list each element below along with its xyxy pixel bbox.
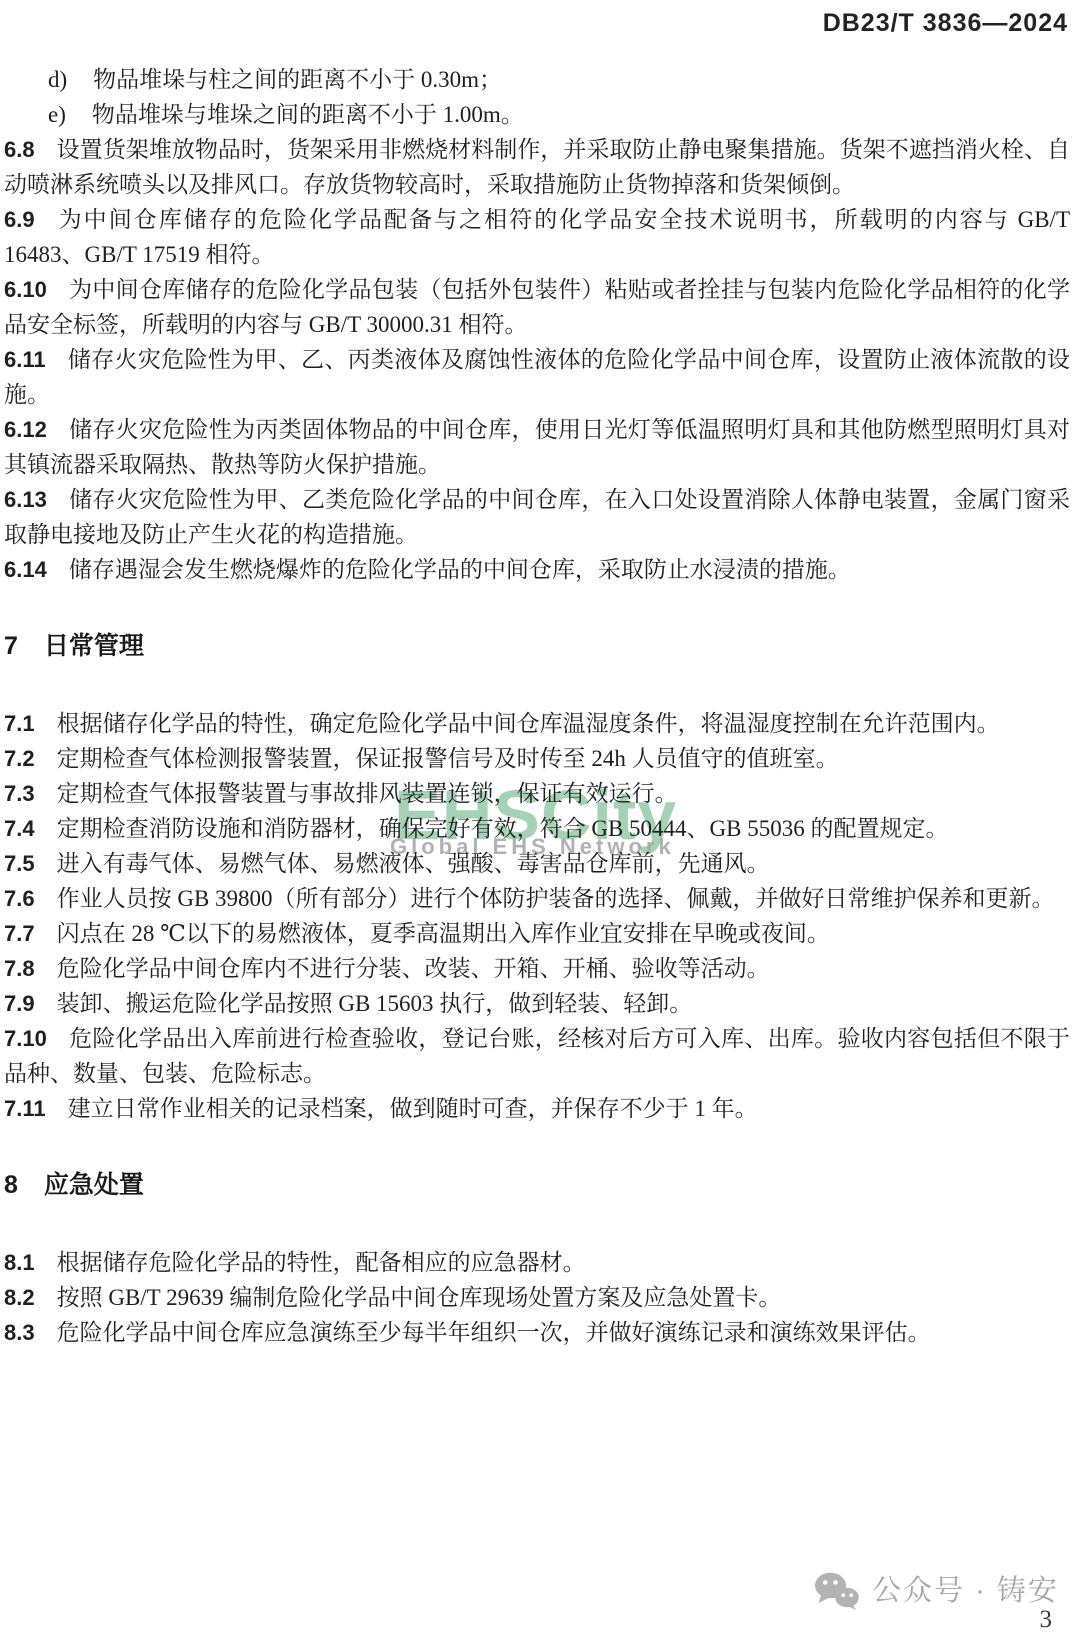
clause-8-3: 8.3危险化学品中间仓库应急演练至少每半年组织一次，并做好演练记录和演练效果评估…	[4, 1315, 1070, 1350]
clause-text: 储存火灾危险性为甲、乙类危险化学品的中间仓库，在入口处设置消除人体静电装置，金属…	[4, 487, 1070, 547]
wechat-icon	[814, 1572, 860, 1610]
clause-number: 7.6	[4, 886, 35, 911]
clause-number: 6.10	[4, 277, 47, 302]
clause-number: 8.2	[4, 1285, 35, 1310]
clause-8-1: 8.1根据储存危险化学品的特性，配备相应的应急器材。	[4, 1245, 1070, 1280]
clause-text: 按照 GB/T 29639 编制危险化学品中间仓库现场处置方案及应急处置卡。	[57, 1285, 782, 1310]
list-item-e: e)物品堆垛与堆垛之间的距离不小于 1.00m。	[4, 97, 1070, 132]
clause-text: 储存遇湿会发生燃烧爆炸的危险化学品的中间仓库，采取防止水浸渍的措施。	[69, 557, 851, 582]
section-heading-7: 7日常管理	[4, 629, 1070, 664]
section-number: 7	[4, 632, 18, 660]
clause-7-4: 7.4定期检查消防设施和消防器材，确保完好有效，符合 GB 50444、GB 5…	[4, 811, 1070, 846]
clause-7-8: 7.8危险化学品中间仓库内不进行分装、改装、开箱、开桶、验收等活动。	[4, 951, 1070, 986]
section-number: 8	[4, 1171, 18, 1199]
clause-text: 闪点在 28 ℃以下的易燃液体，夏季高温期出入库作业宜安排在早晚或夜间。	[57, 921, 830, 946]
clause-6-10: 6.10为中间仓库储存的危险化学品包装（包括外包装件）粘贴或者拴挂与包装内危险化…	[4, 272, 1070, 342]
clause-7-10: 7.10危险化学品出入库前进行检查验收，登记台账，经核对后方可入库、出库。验收内…	[4, 1021, 1070, 1091]
clause-text: 储存火灾危险性为丙类固体物品的中间仓库，使用日光灯等低温照明灯具和其他防燃型照明…	[4, 417, 1070, 477]
clause-number: 7.8	[4, 956, 35, 981]
clause-number: 7.4	[4, 816, 35, 841]
clause-text: 定期检查气体报警装置与事故排风装置连锁，保证有效运行。	[57, 781, 678, 806]
clause-number: 7.7	[4, 921, 35, 946]
clause-number: 7.2	[4, 746, 35, 771]
clause-7-5: 7.5进入有毒气体、易燃气体、易燃液体、强酸、毒害品仓库前，先通风。	[4, 846, 1070, 881]
clause-text: 定期检查气体检测报警装置，保证报警信号及时传至 24h 人员值守的值班室。	[57, 746, 839, 771]
clause-text: 危险化学品中间仓库内不进行分装、改装、开箱、开桶、验收等活动。	[57, 956, 770, 981]
clause-6-14: 6.14储存遇湿会发生燃烧爆炸的危险化学品的中间仓库，采取防止水浸渍的措施。	[4, 552, 1070, 587]
list-item-text: 物品堆垛与堆垛之间的距离不小于 1.00m。	[92, 102, 524, 127]
clause-text: 储存火灾危险性为甲、乙、丙类液体及腐蚀性液体的危险化学品中间仓库，设置防止液体流…	[4, 347, 1070, 407]
clause-7-9: 7.9装卸、搬运危险化学品按照 GB 15603 执行，做到轻装、轻卸。	[4, 986, 1070, 1021]
clause-text: 装卸、搬运危险化学品按照 GB 15603 执行，做到轻装、轻卸。	[57, 991, 693, 1016]
list-item-text: 物品堆垛与柱之间的距离不小于 0.30m；	[93, 67, 502, 92]
page-number: 3	[1040, 1606, 1053, 1634]
standard-code: DB23/T 3836—2024	[4, 8, 1068, 38]
clause-number: 7.9	[4, 991, 35, 1016]
clause-text: 设置货架堆放物品时，货架采用非燃烧材料制作，并采取防止静电聚集措施。货架不遮挡消…	[4, 137, 1070, 197]
clause-text: 为中间仓库储存的危险化学品配备与之相符的化学品安全技术说明书，所载明的内容与 G…	[4, 207, 1070, 267]
clause-6-8: 6.8设置货架堆放物品时，货架采用非燃烧材料制作，并采取防止静电聚集措施。货架不…	[4, 132, 1070, 202]
section-title: 应急处置	[44, 1171, 144, 1199]
list-item-d: d)物品堆垛与柱之间的距离不小于 0.30m；	[4, 62, 1070, 97]
clause-text: 作业人员按 GB 39800（所有部分）进行个体防护装备的选择、佩戴，并做好日常…	[57, 886, 1055, 911]
section-title: 日常管理	[44, 632, 144, 660]
section-heading-8: 8应急处置	[4, 1168, 1070, 1203]
clause-6-11: 6.11储存火灾危险性为甲、乙、丙类液体及腐蚀性液体的危险化学品中间仓库，设置防…	[4, 342, 1070, 412]
clause-number: 6.8	[4, 137, 35, 162]
clause-number: 7.3	[4, 781, 35, 806]
clause-7-3: 7.3定期检查气体报警装置与事故排风装置连锁，保证有效运行。	[4, 776, 1070, 811]
list-item-label: d)	[48, 67, 67, 92]
clause-number: 7.1	[4, 711, 35, 736]
document-content: DB23/T 3836—2024 d)物品堆垛与柱之间的距离不小于 0.30m；…	[0, 0, 1080, 1350]
clause-number: 7.10	[4, 1026, 47, 1051]
footer-brand: 公众号 · 铸安	[814, 1572, 1059, 1610]
clause-8-2: 8.2按照 GB/T 29639 编制危险化学品中间仓库现场处置方案及应急处置卡…	[4, 1280, 1070, 1315]
clause-7-6: 7.6作业人员按 GB 39800（所有部分）进行个体防护装备的选择、佩戴，并做…	[4, 881, 1070, 916]
footer-account-label: 公众号 · 铸安	[872, 1573, 1059, 1609]
clause-number: 8.1	[4, 1250, 35, 1275]
clause-number: 6.13	[4, 487, 47, 512]
clause-text: 危险化学品出入库前进行检查验收，登记台账，经核对后方可入库、出库。验收内容包括但…	[4, 1026, 1070, 1086]
clause-number: 7.5	[4, 851, 35, 876]
clause-text: 危险化学品中间仓库应急演练至少每半年组织一次，并做好演练记录和演练效果评估。	[57, 1320, 931, 1345]
clause-7-11: 7.11建立日常作业相关的记录档案，做到随时可查，并保存不少于 1 年。	[4, 1091, 1070, 1126]
clause-number: 6.14	[4, 557, 47, 582]
clause-text: 根据储存危险化学品的特性，配备相应的应急器材。	[57, 1250, 586, 1275]
clause-number: 8.3	[4, 1320, 35, 1345]
clause-text: 为中间仓库储存的危险化学品包装（包括外包装件）粘贴或者拴挂与包装内危险化学品相符…	[4, 277, 1070, 337]
document-page: EHSCity Global EHS Network DB23/T 3836—2…	[0, 0, 1080, 1636]
clause-6-12: 6.12储存火灾危险性为丙类固体物品的中间仓库，使用日光灯等低温照明灯具和其他防…	[4, 412, 1070, 482]
clause-number: 6.9	[4, 207, 35, 232]
clause-7-7: 7.7闪点在 28 ℃以下的易燃液体，夏季高温期出入库作业宜安排在早晚或夜间。	[4, 916, 1070, 951]
clause-6-9: 6.9为中间仓库储存的危险化学品配备与之相符的化学品安全技术说明书，所载明的内容…	[4, 202, 1070, 272]
clause-text: 根据储存化学品的特性，确定危险化学品中间仓库温湿度条件，将温湿度控制在允许范围内…	[57, 711, 1000, 736]
clause-7-2: 7.2定期检查气体检测报警装置，保证报警信号及时传至 24h 人员值守的值班室。	[4, 741, 1070, 776]
clause-6-13: 6.13储存火灾危险性为甲、乙类危险化学品的中间仓库，在入口处设置消除人体静电装…	[4, 482, 1070, 552]
clause-number: 7.11	[4, 1096, 46, 1121]
clause-7-1: 7.1根据储存化学品的特性，确定危险化学品中间仓库温湿度条件，将温湿度控制在允许…	[4, 706, 1070, 741]
clause-number: 6.12	[4, 417, 47, 442]
list-item-label: e)	[48, 102, 66, 127]
clause-text: 建立日常作业相关的记录档案，做到随时可查，并保存不少于 1 年。	[68, 1096, 758, 1121]
clause-text: 定期检查消防设施和消防器材，确保完好有效，符合 GB 50444、GB 5503…	[57, 816, 949, 841]
clause-text: 进入有毒气体、易燃气体、易燃液体、强酸、毒害品仓库前，先通风。	[57, 851, 770, 876]
clause-number: 6.11	[4, 347, 46, 372]
